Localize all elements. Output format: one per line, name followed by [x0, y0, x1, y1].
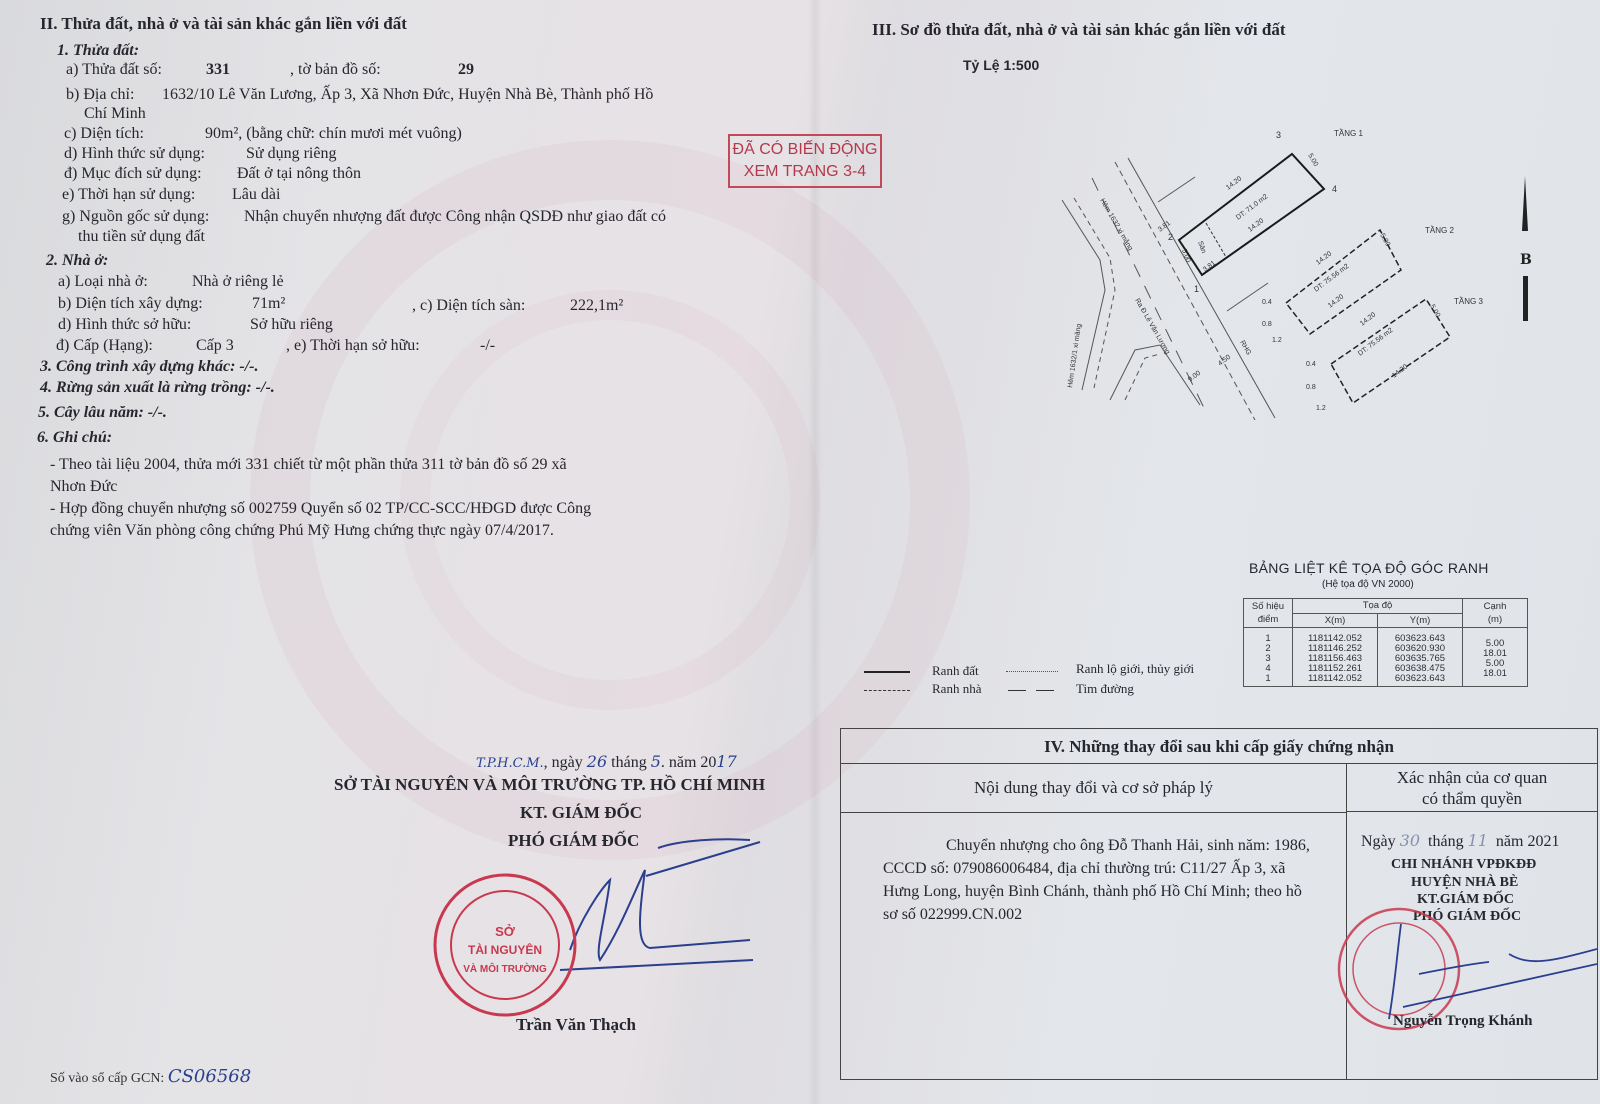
- seal-line-2: TÀI NGUYÊN: [468, 942, 542, 957]
- dim-1420-c: 14.20: [1315, 250, 1333, 266]
- confirm-date: Ngày 30 tháng 11 năm 2021: [1361, 831, 1559, 851]
- register-number: Số vào sổ cấp GCN: CS06568: [50, 1066, 251, 1087]
- changes-col1-header: Nội dung thay đổi và cơ sở pháp lý: [841, 764, 1346, 813]
- section-ii-title: II. Thửa đất, nhà ở và tài sản khác gắn …: [40, 14, 407, 34]
- floor-area-label: , c) Diện tích sàn:: [412, 297, 525, 315]
- confirm-month: 11: [1468, 831, 1488, 850]
- issue-year-label: năm 20: [669, 754, 717, 771]
- dim-1420-d: 14.20: [1327, 293, 1345, 309]
- note-1-line-2: Nhơn Đức: [50, 478, 117, 496]
- map-sheet-label: , tờ bản đồ số:: [290, 61, 381, 79]
- legend-solid-line: [864, 671, 910, 673]
- parcel-number: 331: [206, 61, 230, 79]
- ownership-value: Sở hữu riêng: [250, 316, 333, 334]
- point-2: 2: [1168, 232, 1173, 242]
- north-label: B: [1520, 252, 1532, 268]
- coord-table-subtitle: (Hệ tọa độ VN 2000): [1322, 579, 1414, 590]
- dim-08-b: 0.8: [1306, 384, 1316, 391]
- point-3: 3: [1276, 130, 1281, 140]
- road-label-1: Hẻm 1632 xi măng: [1098, 198, 1133, 252]
- change-notice-line2: XEM TRANG 3-4: [730, 161, 880, 183]
- issue-month: 5: [651, 752, 661, 771]
- dim-450: 4.50: [1217, 354, 1232, 368]
- legend-road-center: Tim đường: [1076, 681, 1134, 697]
- origin-value-1: Nhận chuyển nhượng đất được Công nhận QS…: [244, 208, 666, 226]
- ownership-term-label: , e) Thời hạn sở hữu:: [286, 337, 420, 355]
- col-y: Y(m): [1378, 613, 1463, 628]
- confirm-name: Nguyễn Trọng Khánh: [1393, 1013, 1533, 1030]
- y-column: 603623.643603620.930603635.765603638.475…: [1378, 628, 1463, 687]
- floor2-label: TẦNG 2: [1425, 225, 1454, 235]
- use-form-label: d) Hình thức sử dụng:: [64, 145, 205, 163]
- dim-500-d: 5.00: [1428, 304, 1441, 319]
- point-4: 4: [1332, 184, 1337, 194]
- confirm-agency-1: CHI NHÁNH VPĐKĐĐ: [1391, 857, 1536, 873]
- north-arrow-icon: B: [1515, 176, 1539, 324]
- area-value: 90m², (bằng chữ: chín mươi mét vuông): [205, 125, 462, 143]
- coord-table-title: BẢNG LIỆT KÊ TỌA ĐỘ GÓC RANH: [1249, 560, 1489, 576]
- change-notice-line1: ĐÃ CÓ BIẾN ĐỘNG: [730, 139, 880, 161]
- dim-500-c: 5.00: [1378, 233, 1391, 248]
- use-form-value: Sử dụng riêng: [246, 145, 336, 163]
- changes-table: IV. Những thay đổi sau khi cấp giấy chứn…: [840, 728, 1598, 1080]
- area-label: c) Diện tích:: [64, 125, 144, 143]
- road-edge-1: [1128, 158, 1275, 418]
- note-2-line-1: - Hợp đồng chuyển nhượng số 002759 Quyển…: [50, 500, 591, 518]
- dim-12-b: 1.2: [1316, 405, 1326, 412]
- build-area-value: 71m²: [252, 295, 285, 313]
- ownership-term-value: -/-: [480, 337, 495, 355]
- dim-500-b: 5.00: [1180, 248, 1191, 263]
- production-forest: 4. Rừng sản xuất là rừng trồng: -/-.: [40, 379, 275, 397]
- parcel-floor3: [1331, 299, 1450, 403]
- issue-place: T.P.H.C.M.: [476, 756, 544, 771]
- legend-dotted-line: [1006, 671, 1058, 672]
- register-value: CS06568: [168, 1066, 251, 1087]
- col-edge: Cạnh(m): [1463, 599, 1528, 628]
- change-content-2: CCCD số: 079086006484, địa chỉ thường tr…: [883, 860, 1285, 878]
- col-point: Số hiệuđiểm: [1244, 599, 1293, 628]
- changes-title: IV. Những thay đổi sau khi cấp giấy chứn…: [841, 729, 1597, 764]
- dim-12-a: 1.2: [1272, 337, 1282, 344]
- legend-land-boundary: Ranh đất: [932, 663, 979, 679]
- map-sheet-number: 29: [458, 61, 474, 79]
- change-content-4: sơ số 022999.CN.002: [883, 906, 1022, 924]
- dim-04-a: 0.4: [1262, 299, 1272, 306]
- use-term-value: Lâu dài: [232, 186, 280, 204]
- parcel-diagram: TẦNG 1 TẦNG 2 TẦNG 3 3 4 2 1 14.20 14.20…: [1040, 120, 1540, 420]
- yard-label: Sân: [1196, 240, 1207, 254]
- issuer-name: Trần Văn Thạch: [516, 1015, 636, 1035]
- house-heading: 2. Nhà ở:: [46, 252, 108, 270]
- ownership-label: d) Hình thức sở hữu:: [58, 316, 191, 334]
- dim-500-a: 5.00: [1306, 153, 1319, 168]
- floor3-label: TẦNG 3: [1454, 296, 1483, 306]
- issue-date: T.P.H.C.M., ngày 26 tháng 5. năm 2017: [476, 752, 737, 772]
- road-label-2: Hẻm 1632/1 xi măng: [1067, 323, 1083, 388]
- confirm-day: 30: [1400, 831, 1420, 850]
- signature-icon: [560, 839, 760, 970]
- legend-dashed-line: [864, 690, 910, 691]
- signature-icon: [1389, 924, 1597, 1019]
- edge-column: 5.0018.015.0018.01: [1463, 628, 1528, 687]
- changes-col2-header: Xác nhận của cơ quan có thẩm quyền: [1347, 764, 1597, 812]
- notes-heading: 6. Ghi chú:: [37, 429, 112, 447]
- register-label: Số vào sổ cấp GCN:: [50, 1071, 164, 1086]
- issue-year: 17: [716, 752, 736, 771]
- dim-1420-f: 14.20: [1391, 363, 1409, 379]
- seal-line-3: VÀ MÔI TRƯỜNG: [463, 962, 547, 975]
- floor-area-value: 222,1m²: [570, 297, 623, 315]
- legend-dashdot-line-a: [1008, 690, 1026, 691]
- dim-381-b: 3.81: [1202, 260, 1217, 274]
- use-purpose-label: đ) Mục đích sử dụng:: [64, 165, 202, 183]
- address-label: b) Địa chỉ:: [66, 86, 134, 104]
- build-area-label: b) Diện tích xây dựng:: [58, 295, 203, 313]
- note-2-line-2: chứng viên Văn phòng công chứng Phú Mỹ H…: [50, 522, 554, 540]
- dim-04-b: 0.4: [1306, 361, 1316, 368]
- section-iii-title: III. Sơ đồ thửa đất, nhà ở và tài sản kh…: [872, 20, 1286, 40]
- issue-day-label: , ngày: [544, 754, 583, 771]
- seal-line-1: SỞ: [495, 924, 516, 939]
- dim-1420-a: 14.20: [1225, 175, 1243, 191]
- area-floor1: DT: 71.0 m2: [1235, 193, 1269, 221]
- rhg-label: RHG: [1238, 340, 1252, 357]
- change-content-3: Hưng Long, huyện Bình Chánh, thành phố H…: [883, 883, 1302, 901]
- confirm-month-label: tháng: [1428, 833, 1464, 850]
- col-coord: Tọa độ: [1293, 599, 1463, 614]
- point-column: 12341: [1244, 628, 1293, 687]
- other-construction: 3. Công trình xây dựng khác: -/-.: [40, 358, 259, 376]
- grade-value: Cấp 3: [196, 337, 234, 355]
- floor1-label: TẦNG 1: [1334, 128, 1363, 138]
- land-heading: 1. Thửa đất:: [57, 42, 139, 60]
- confirm-agency-2: HUYỆN NHÀ BÈ: [1411, 875, 1518, 891]
- origin-value-2: thu tiền sử dụng đất: [78, 228, 205, 246]
- dim-1420-e: 14.20: [1359, 311, 1377, 327]
- use-purpose-value: Đất ở tại nông thôn: [237, 165, 361, 183]
- legend-house-boundary: Ranh nhà: [932, 681, 981, 697]
- issue-day: 26: [587, 752, 607, 771]
- address-value-1: 1632/10 Lê Văn Lương, Ấp 3, Xã Nhơn Đức,…: [162, 86, 653, 104]
- issue-month-label: tháng: [611, 754, 647, 771]
- origin-label: g) Nguồn gốc sử dụng:: [62, 208, 209, 226]
- land-a-label: a) Thửa đất số:: [66, 61, 162, 79]
- dim-08-a: 0.8: [1262, 321, 1272, 328]
- point-1: 1: [1194, 284, 1199, 294]
- col-x: X(m): [1293, 613, 1378, 628]
- use-term-label: e) Thời hạn sử dụng:: [62, 186, 195, 204]
- perennial-trees: 5. Cây lâu năm: -/-.: [38, 404, 167, 422]
- confirm-year: năm 2021: [1496, 833, 1560, 850]
- change-content-1: Chuyển nhượng cho ông Đỗ Thanh Hải, sinh…: [946, 837, 1310, 855]
- issuing-agency: SỞ TÀI NGUYÊN VÀ MÔI TRƯỜNG TP. HỒ CHÍ M…: [334, 775, 765, 795]
- house-type-value: Nhà ở riêng lẻ: [192, 273, 284, 291]
- house-type-label: a) Loại nhà ở:: [58, 273, 148, 291]
- dim-900: 9.00: [1187, 370, 1202, 384]
- address-value-2: Chí Minh: [84, 105, 146, 123]
- scale-label: Tỷ Lệ 1:500: [963, 57, 1039, 73]
- change-notice-stamp: ĐÃ CÓ BIẾN ĐỘNG XEM TRANG 3-4: [728, 134, 882, 188]
- confirm-day-label: Ngày: [1361, 833, 1396, 850]
- coord-table: Số hiệuđiểm Tọa độ Cạnh(m) X(m) Y(m) 123…: [1243, 598, 1528, 687]
- grade-label: đ) Cấp (Hạng):: [56, 337, 153, 355]
- parcel-floor1: [1179, 154, 1324, 275]
- legend-dashdot-line-b: [1036, 690, 1054, 691]
- x-column: 1181142.0521181146.2521181156.4631181152…: [1293, 628, 1378, 687]
- note-1-line-1: - Theo tài liệu 2004, thửa mới 331 chiết…: [50, 456, 567, 474]
- legend-road-boundary: Ranh lộ giới, thủy giới: [1076, 661, 1194, 677]
- parcel-floor2: [1286, 230, 1401, 334]
- seal-icon: SỞ TÀI NGUYÊN VÀ MÔI TRƯỜNG: [435, 875, 575, 1015]
